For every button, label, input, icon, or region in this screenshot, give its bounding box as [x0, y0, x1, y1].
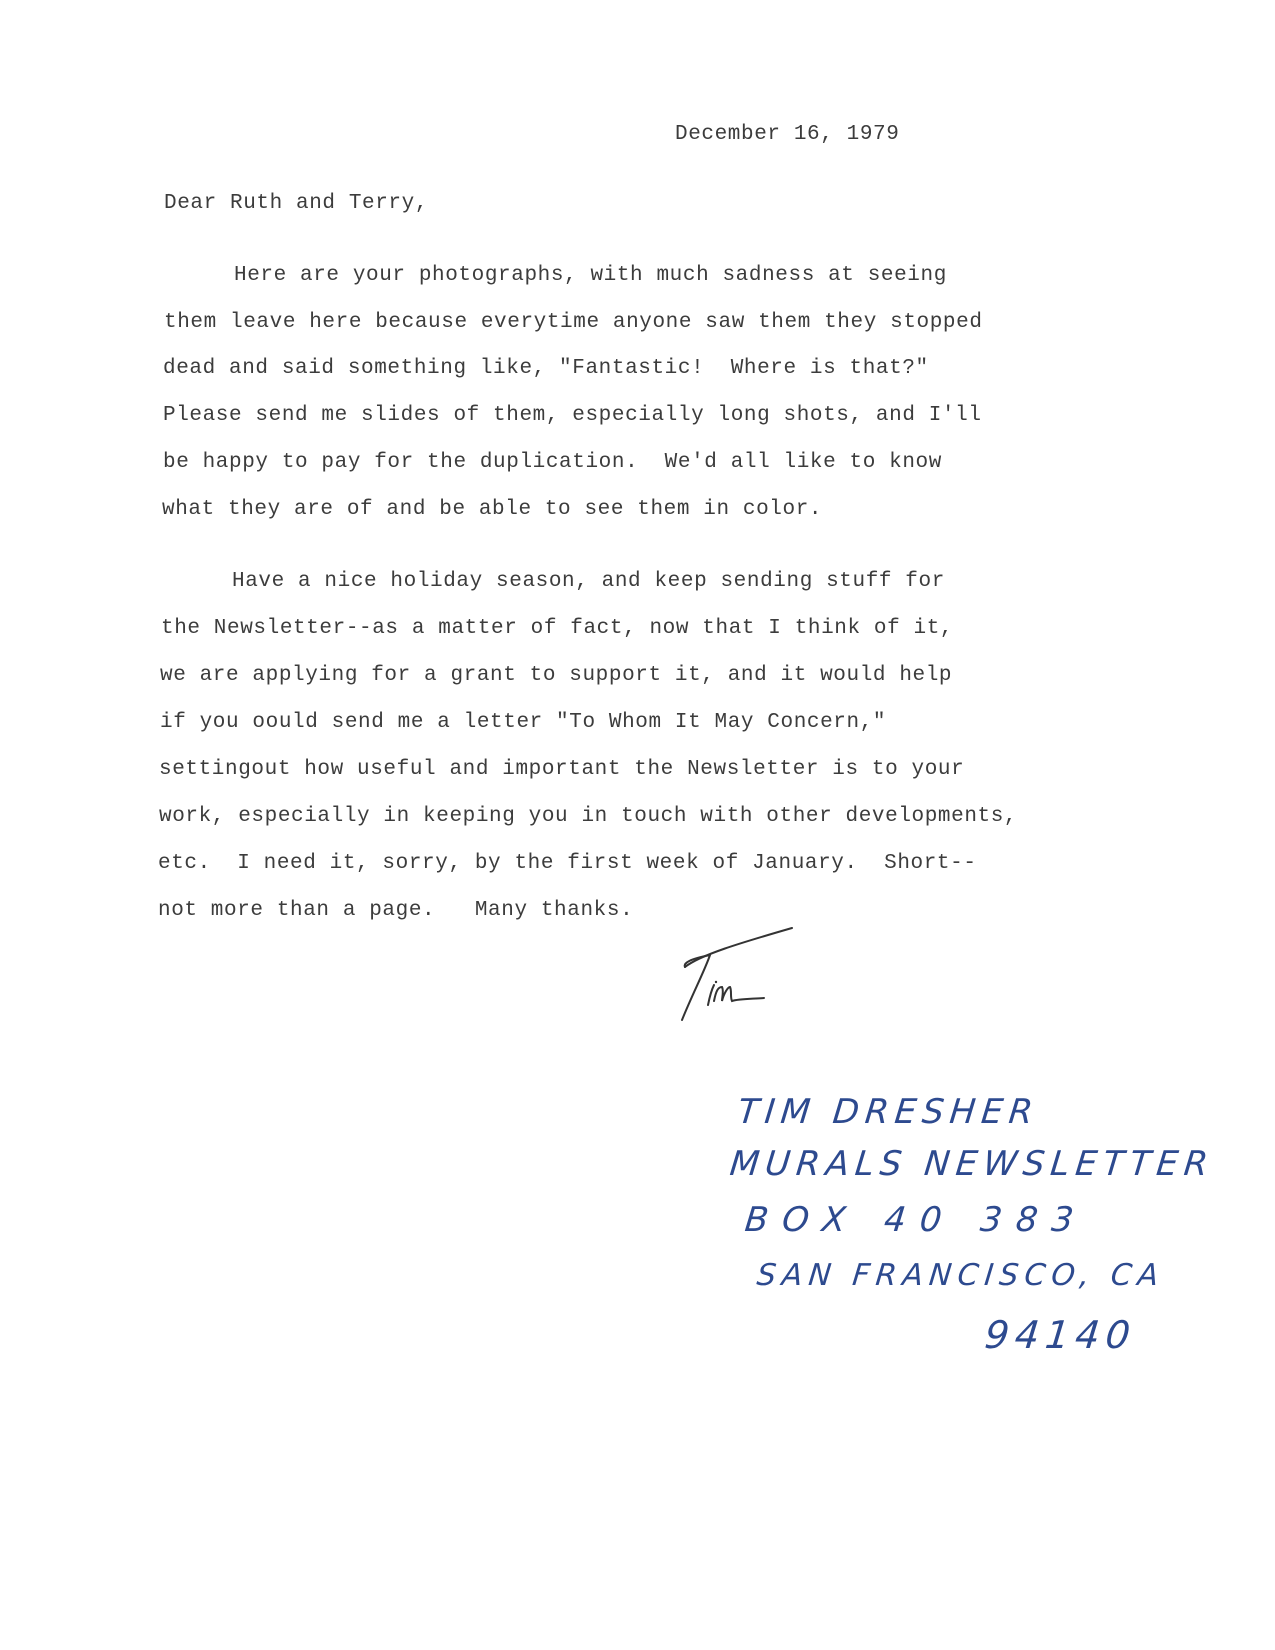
letter-date: December 16, 1979	[675, 123, 899, 146]
address-city: SAN FRANCISCO, CA	[755, 1258, 1166, 1293]
text-line: dead and said something like, "Fantastic…	[163, 357, 929, 380]
salutation: Dear Ruth and Terry,	[164, 192, 428, 215]
text-line: the Newsletter--as a matter of fact, now…	[161, 617, 953, 640]
address-box: BOX 40 383	[743, 1200, 1089, 1240]
text-line: what they are of and be able to see them…	[162, 498, 822, 521]
text-line: Here are your photographs, with much sad…	[234, 264, 947, 287]
text-line: we are applying for a grant to support i…	[160, 664, 952, 687]
text-line: Please send me slides of them, especiall…	[163, 404, 982, 427]
address-zip: 94140	[983, 1313, 1139, 1357]
text-line: not more than a page. Many thanks.	[158, 899, 633, 922]
text-line: work, especially in keeping you in touch…	[159, 805, 1017, 828]
text-line: etc. I need it, sorry, by the first week…	[158, 852, 977, 875]
text-line: them leave here because everytime anyone…	[164, 311, 983, 334]
address-org: MURALS NEWSLETTER	[728, 1144, 1216, 1184]
text-line: if you oould send me a letter "To Whom I…	[160, 711, 886, 734]
address-name: TIM DRESHER	[736, 1092, 1041, 1132]
text-line: Have a nice holiday season, and keep sen…	[232, 570, 945, 593]
text-line: be happy to pay for the duplication. We'…	[163, 451, 942, 474]
signature	[680, 925, 810, 1025]
text-line: settingout how useful and important the …	[159, 758, 964, 781]
